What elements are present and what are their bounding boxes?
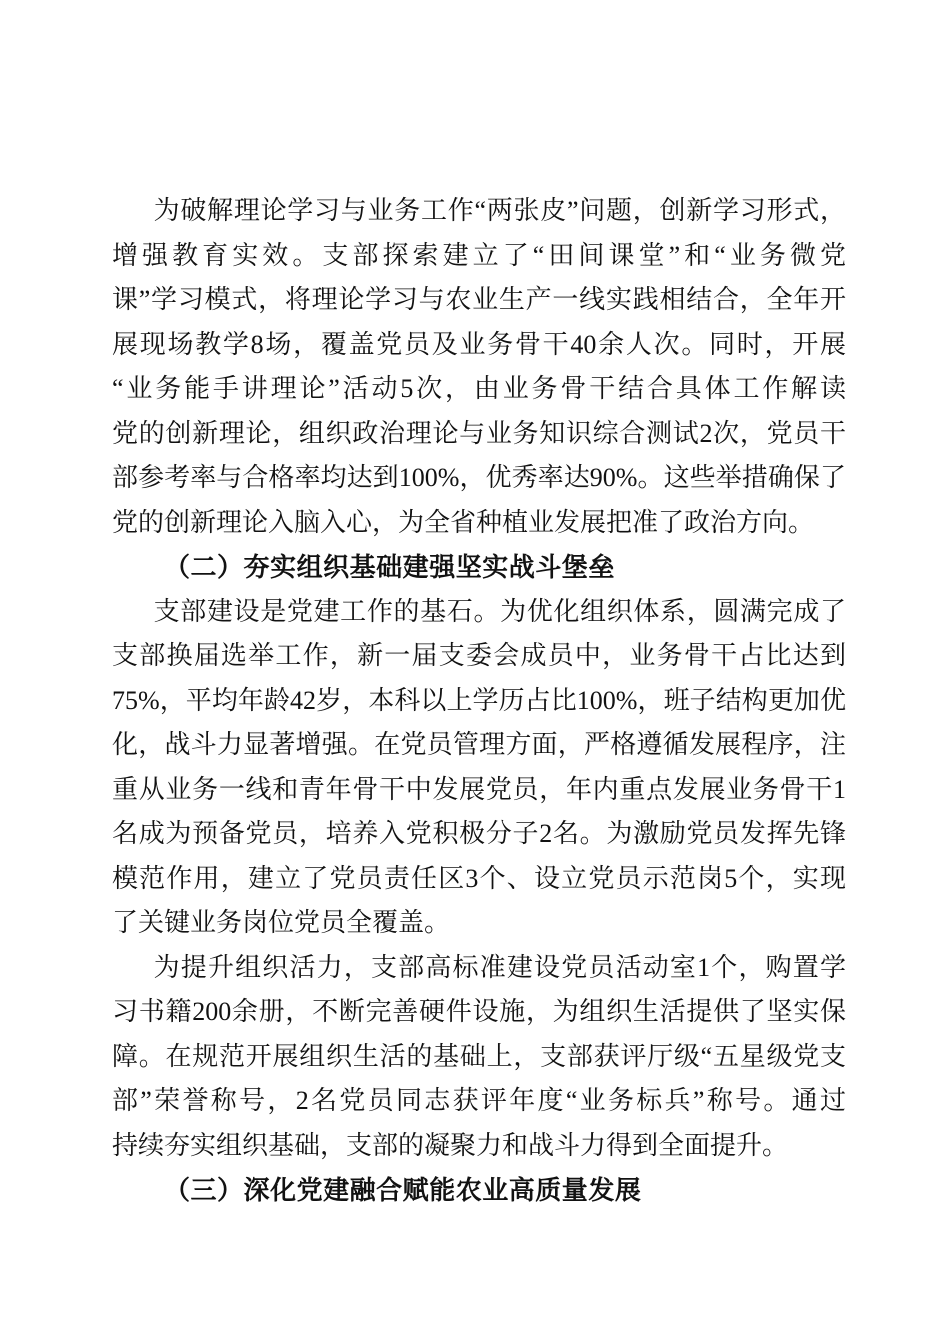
body-text-line: 障。在规范开展组织生活的基础上，支部获评厅级“五星级党支 — [112, 1035, 846, 1080]
section-heading: （三）深化党建融合赋能农业高质量发展 — [112, 1168, 846, 1213]
body-text-line: 党的创新理论入脑入心，为全省种植业发展把准了政治方向。 — [112, 501, 846, 546]
body-text-line: 重从业务一线和青年骨干中发展党员，年内重点发展业务骨干1 — [112, 768, 846, 813]
body-text-line: 支部建设是党建工作的基石。为优化组织体系，圆满完成了 — [112, 590, 846, 635]
body-text-line: 支部换届选举工作，新一届支委会成员中，业务骨干占比达到 — [112, 634, 846, 679]
document-body: 为破解理论学习与业务工作“两张皮”问题，创新学习形式，增强教育实效。支部探索建立… — [112, 189, 846, 1213]
body-text-line: 了关键业务岗位党员全覆盖。 — [112, 901, 846, 946]
body-text-line: 持续夯实组织基础，支部的凝聚力和战斗力得到全面提升。 — [112, 1124, 846, 1169]
body-text-line: 展现场教学8场，覆盖党员及业务骨干40余人次。同时，开展 — [112, 323, 846, 368]
body-text-line: 为破解理论学习与业务工作“两张皮”问题，创新学习形式， — [112, 189, 846, 234]
body-text-line: 部”荣誉称号，2名党员同志获评年度“业务标兵”称号。通过 — [112, 1079, 846, 1124]
body-text-line: 名成为预备党员，培养入党积极分子2名。为激励党员发挥先锋 — [112, 812, 846, 857]
body-text-line: 增强教育实效。支部探索建立了“田间课堂”和“业务微党 — [112, 234, 846, 279]
body-text-line: 模范作用，建立了党员责任区3个、设立党员示范岗5个，实现 — [112, 857, 846, 902]
body-text-line: 课”学习模式，将理论学习与农业生产一线实践相结合，全年开 — [112, 278, 846, 323]
body-text-line: “业务能手讲理论”活动5次，由业务骨干结合具体工作解读 — [112, 367, 846, 412]
body-text-line: 75%，平均年龄42岁，本科以上学历占比100%，班子结构更加优 — [112, 679, 846, 724]
document-page: 为破解理论学习与业务工作“两张皮”问题，创新学习形式，增强教育实效。支部探索建立… — [0, 0, 950, 1344]
body-text-line: 化，战斗力显著增强。在党员管理方面，严格遵循发展程序，注 — [112, 723, 846, 768]
body-text-line: 党的创新理论，组织政治理论与业务知识综合测试2次，党员干 — [112, 412, 846, 457]
body-text-line: 部参考率与合格率均达到100%，优秀率达90%。这些举措确保了 — [112, 456, 846, 501]
body-text-line: 为提升组织活力，支部高标准建设党员活动室1个，购置学 — [112, 946, 846, 991]
body-text-line: 习书籍200余册，不断完善硬件设施，为组织生活提供了坚实保 — [112, 990, 846, 1035]
section-heading: （二）夯实组织基础建强坚实战斗堡垒 — [112, 545, 846, 590]
